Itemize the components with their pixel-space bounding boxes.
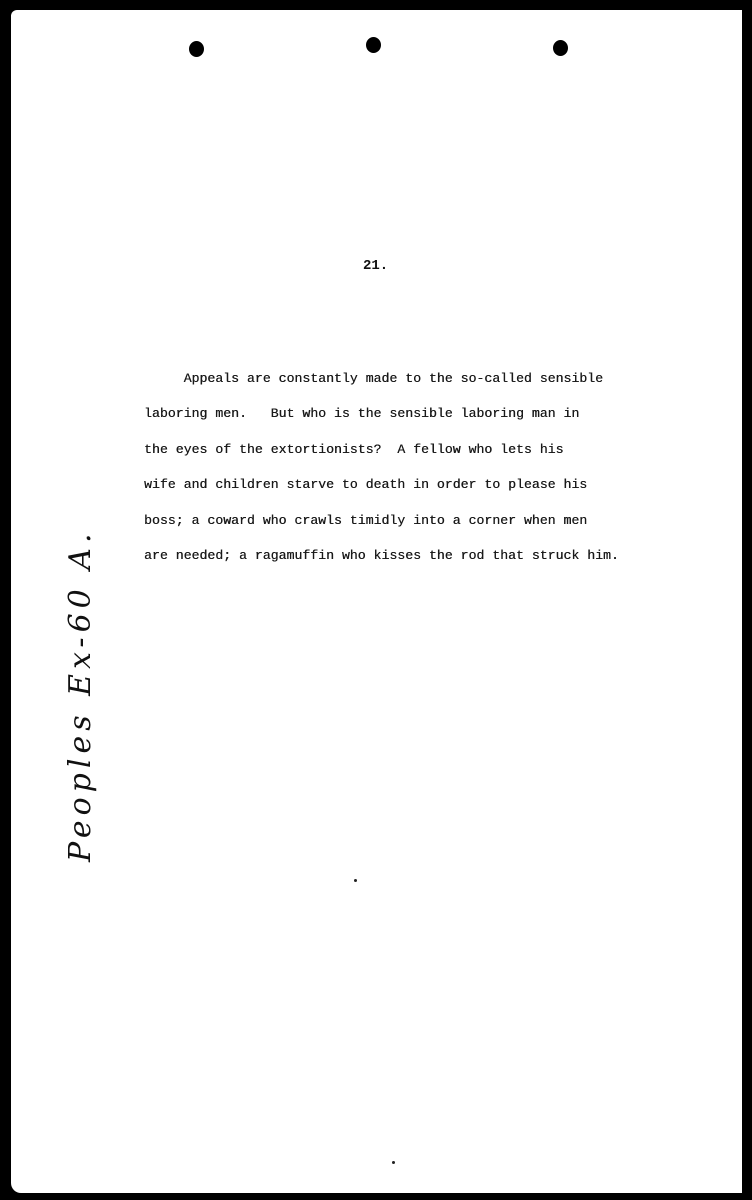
paragraph-line: boss; a coward who crawls timidly into a… bbox=[144, 503, 714, 538]
page-number: 21. bbox=[363, 258, 388, 274]
paragraph-line: are needed; a ragamuffin who kisses the … bbox=[144, 538, 714, 573]
scan-speck bbox=[354, 879, 357, 882]
exhibit-annotation: Peoples Ex-60 A. bbox=[63, 529, 98, 862]
punch-hole-center-icon bbox=[366, 37, 381, 53]
punch-hole-right-icon bbox=[553, 40, 568, 56]
paragraph-line: laboring men. But who is the sensible la… bbox=[144, 396, 714, 431]
paragraph-line: wife and children starve to death in ord… bbox=[144, 467, 714, 502]
typed-paragraph: Appeals are constantly made to the so-ca… bbox=[144, 361, 714, 573]
scan-frame: 21. Appeals are constantly made to the s… bbox=[0, 0, 752, 1200]
document-page: 21. Appeals are constantly made to the s… bbox=[11, 10, 742, 1193]
scan-speck bbox=[392, 1161, 395, 1164]
paragraph-line: Appeals are constantly made to the so-ca… bbox=[144, 361, 714, 396]
punch-hole-left-icon bbox=[189, 41, 204, 57]
paragraph-line: the eyes of the extortionists? A fellow … bbox=[144, 432, 714, 467]
